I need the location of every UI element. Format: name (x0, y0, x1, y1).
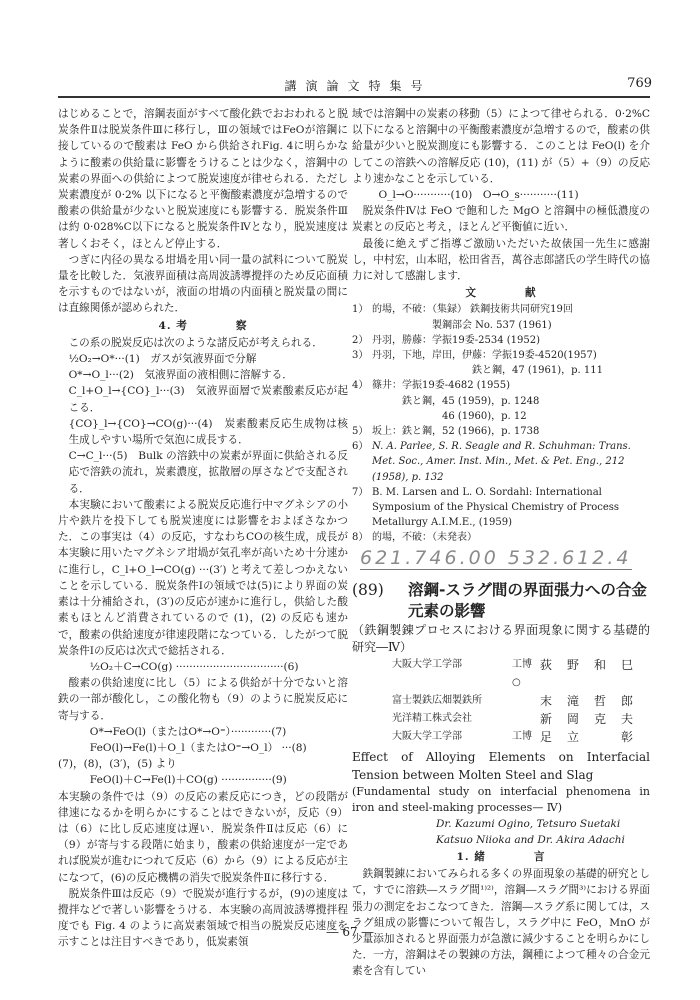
page-footer: ― 67 ― (0, 925, 700, 939)
right-column: 域では溶鋼中の炭素の移動（5）によつて律せられる．0·2%C 以下になると溶鋼中… (352, 106, 650, 980)
reaction-1: ½O₂→O*···(1) ガスが気液界面で分解 (58, 351, 348, 367)
paragraph: はじめることで，溶鋼表面がすべて酸化鉄でおおわれると脱炭条件Ⅱは脱炭条件Ⅲに移行… (58, 106, 348, 252)
reference-item: 5）坂上：鉄と鋼，52 (1966)，p. 1738 (352, 424, 650, 439)
paragraph: 本実験において酸素による脱炭反応進行中マグネシアの小片や鉄片を投下しても脱炭速度… (58, 497, 348, 659)
acknowledgment: 最後に絶えずご指導ご激励いただいた故俵国一先生に感謝し，中村宏，山本昭，松田省吾… (352, 236, 650, 285)
english-authors: Katsuo Niioka and Dr. Akira Adachi (352, 832, 650, 848)
reference-item: 8）的場，不破：（未発表） (352, 530, 650, 545)
handwritten-classification-note: 621.746.00 532.612.4 (360, 550, 650, 566)
reference-item: 1）的場，不破：（集録） 鉄鋼技術共同研究19回製鋼部会 No. 537 (19… (352, 302, 650, 332)
paragraph: 本実験の条件では（9）の反応の素反応につき，どの段階が律速になるかを明らかにする… (58, 789, 348, 886)
abstract-number: (89) (352, 580, 408, 622)
reference-item: 6）N. A. Parlee, S. R. Seagle and R. Schu… (352, 439, 650, 485)
reference-list: 1）的場，不破：（集録） 鉄鋼技術共同研究19回製鋼部会 No. 537 (19… (352, 302, 650, 545)
author-row: 大阪大学工学部工博足立 彰 (352, 728, 650, 746)
left-column: はじめることで，溶鋼表面がすべて酸化鉄でおおわれると脱炭条件Ⅱは脱炭条件Ⅲに移行… (58, 106, 348, 951)
author-list: 大阪大学工学部工博○荻野和巳 富士製鉄広畑製鉄所末滝哲郎 光洋精工株式会社新岡克… (352, 656, 650, 746)
author-row: 大阪大学工学部工博○荻野和巳 (352, 656, 650, 692)
paragraph: 酸素の供給速度に比し（5）による供給が十分でないと溶鉄の一部が酸化し，この酸化物… (58, 675, 348, 724)
paragraph: この系の脱炭反応は次のような諸反応が考えられる． (58, 335, 348, 351)
paragraph: 域では溶鋼中の炭素の移動（5）によつて律せられる．0·2%C 以下になると溶鋼中… (352, 106, 650, 187)
paragraph: つぎに内径の異なる坩堝を用い同一量の試料について脱炭量を比較した．気液界面積は高… (58, 252, 348, 317)
reference-item: 4）篠井：学振19委-4682 (1955)鉄と鋼，45 (1959)，p. 1… (352, 378, 650, 424)
english-title: Effect of Alloying Elements on Interfaci… (352, 748, 650, 784)
journal-title: 講演論文特集号 (58, 77, 658, 94)
references-heading: 文献 (352, 285, 650, 301)
equation-6: ½O₂＋C→CO(g) ····························… (58, 659, 348, 675)
section-heading-introduction: 1. 緒言 (352, 849, 650, 865)
abstract-title: (89) 溶鋼-スラグ間の界面張力への合金元素の影響 (352, 580, 650, 622)
english-authors: Dr. Kazumi Ogino, Tetsuro Suetaki (352, 816, 650, 832)
abstract-subtitle: （鉄鋼製錬プロセスにおける界面現象に関する基礎的研究―Ⅳ） (352, 622, 650, 656)
reaction-2: O*→O_l···(2) 気液界面の液相側に溶解する． (58, 367, 348, 383)
equation-source: (7)，(8)，(3′)，(5) より (58, 756, 348, 772)
author-row: 光洋精工株式会社新岡克夫 (352, 710, 650, 728)
reference-item: 3）丹羽，下地，岸田，伊藤：学振19委-4520(1957)鉄と鋼，47 (19… (352, 348, 650, 378)
paragraph: 脱炭条件Ⅳは FeO で飽和した MgO と溶鋼中の極低濃度の炭素との反応と考え… (352, 203, 650, 235)
section-heading-discussion: 4. 考察 (58, 318, 348, 334)
author-row: 富士製鉄広畑製鉄所末滝哲郎 (352, 692, 650, 710)
reference-item: 2）丹羽，勝藤：学振19委-2534 (1952) (352, 333, 650, 348)
paragraph: 脱炭条件Ⅲは反応（9）で脱炭が進行するが，(9)の速度は攪拌などで著しい影響をう… (58, 886, 348, 951)
running-header: 講演論文特集号 769 (58, 73, 658, 95)
reaction-4: {CO}_l→{CO}→CO(g)···(4) 炭素酸素反応生成物は核生成しやす… (58, 416, 348, 448)
equation-8: FeO(l)→Fe(l)＋O_l（またはO⁼→O_l） ···(8) (58, 740, 348, 756)
header-rule (58, 96, 650, 98)
reaction-3: C_l+O_l→{CO}_l···(3) 気液界面層で炭素酸素反応が起こる． (58, 383, 348, 415)
equation-10-11: O_l→O···········(10) O→O_s···········(11… (352, 187, 650, 203)
english-subtitle: (Fundamental study on interfacial phenom… (352, 784, 650, 816)
equation-7: O*→FeO(l)（またはO*→O⁼）············(7) (58, 724, 348, 740)
introduction-paragraph: 鉄鋼製錬においてみられる多くの界面現象の基礎的研究として，すでに溶鉄―スラグ間¹… (352, 866, 650, 979)
equation-9: FeO(l)＋C→Fe(l)＋CO(g) ···············(9) (58, 772, 348, 788)
reaction-5: C→C_l···(5) Bulk の溶鉄中の炭素が界面に供給される反応で溶鉄の流… (58, 448, 348, 497)
reference-item: 7）B. M. Larsen and L. O. Sordahl: Intern… (352, 485, 650, 531)
page-number: 769 (627, 76, 652, 91)
